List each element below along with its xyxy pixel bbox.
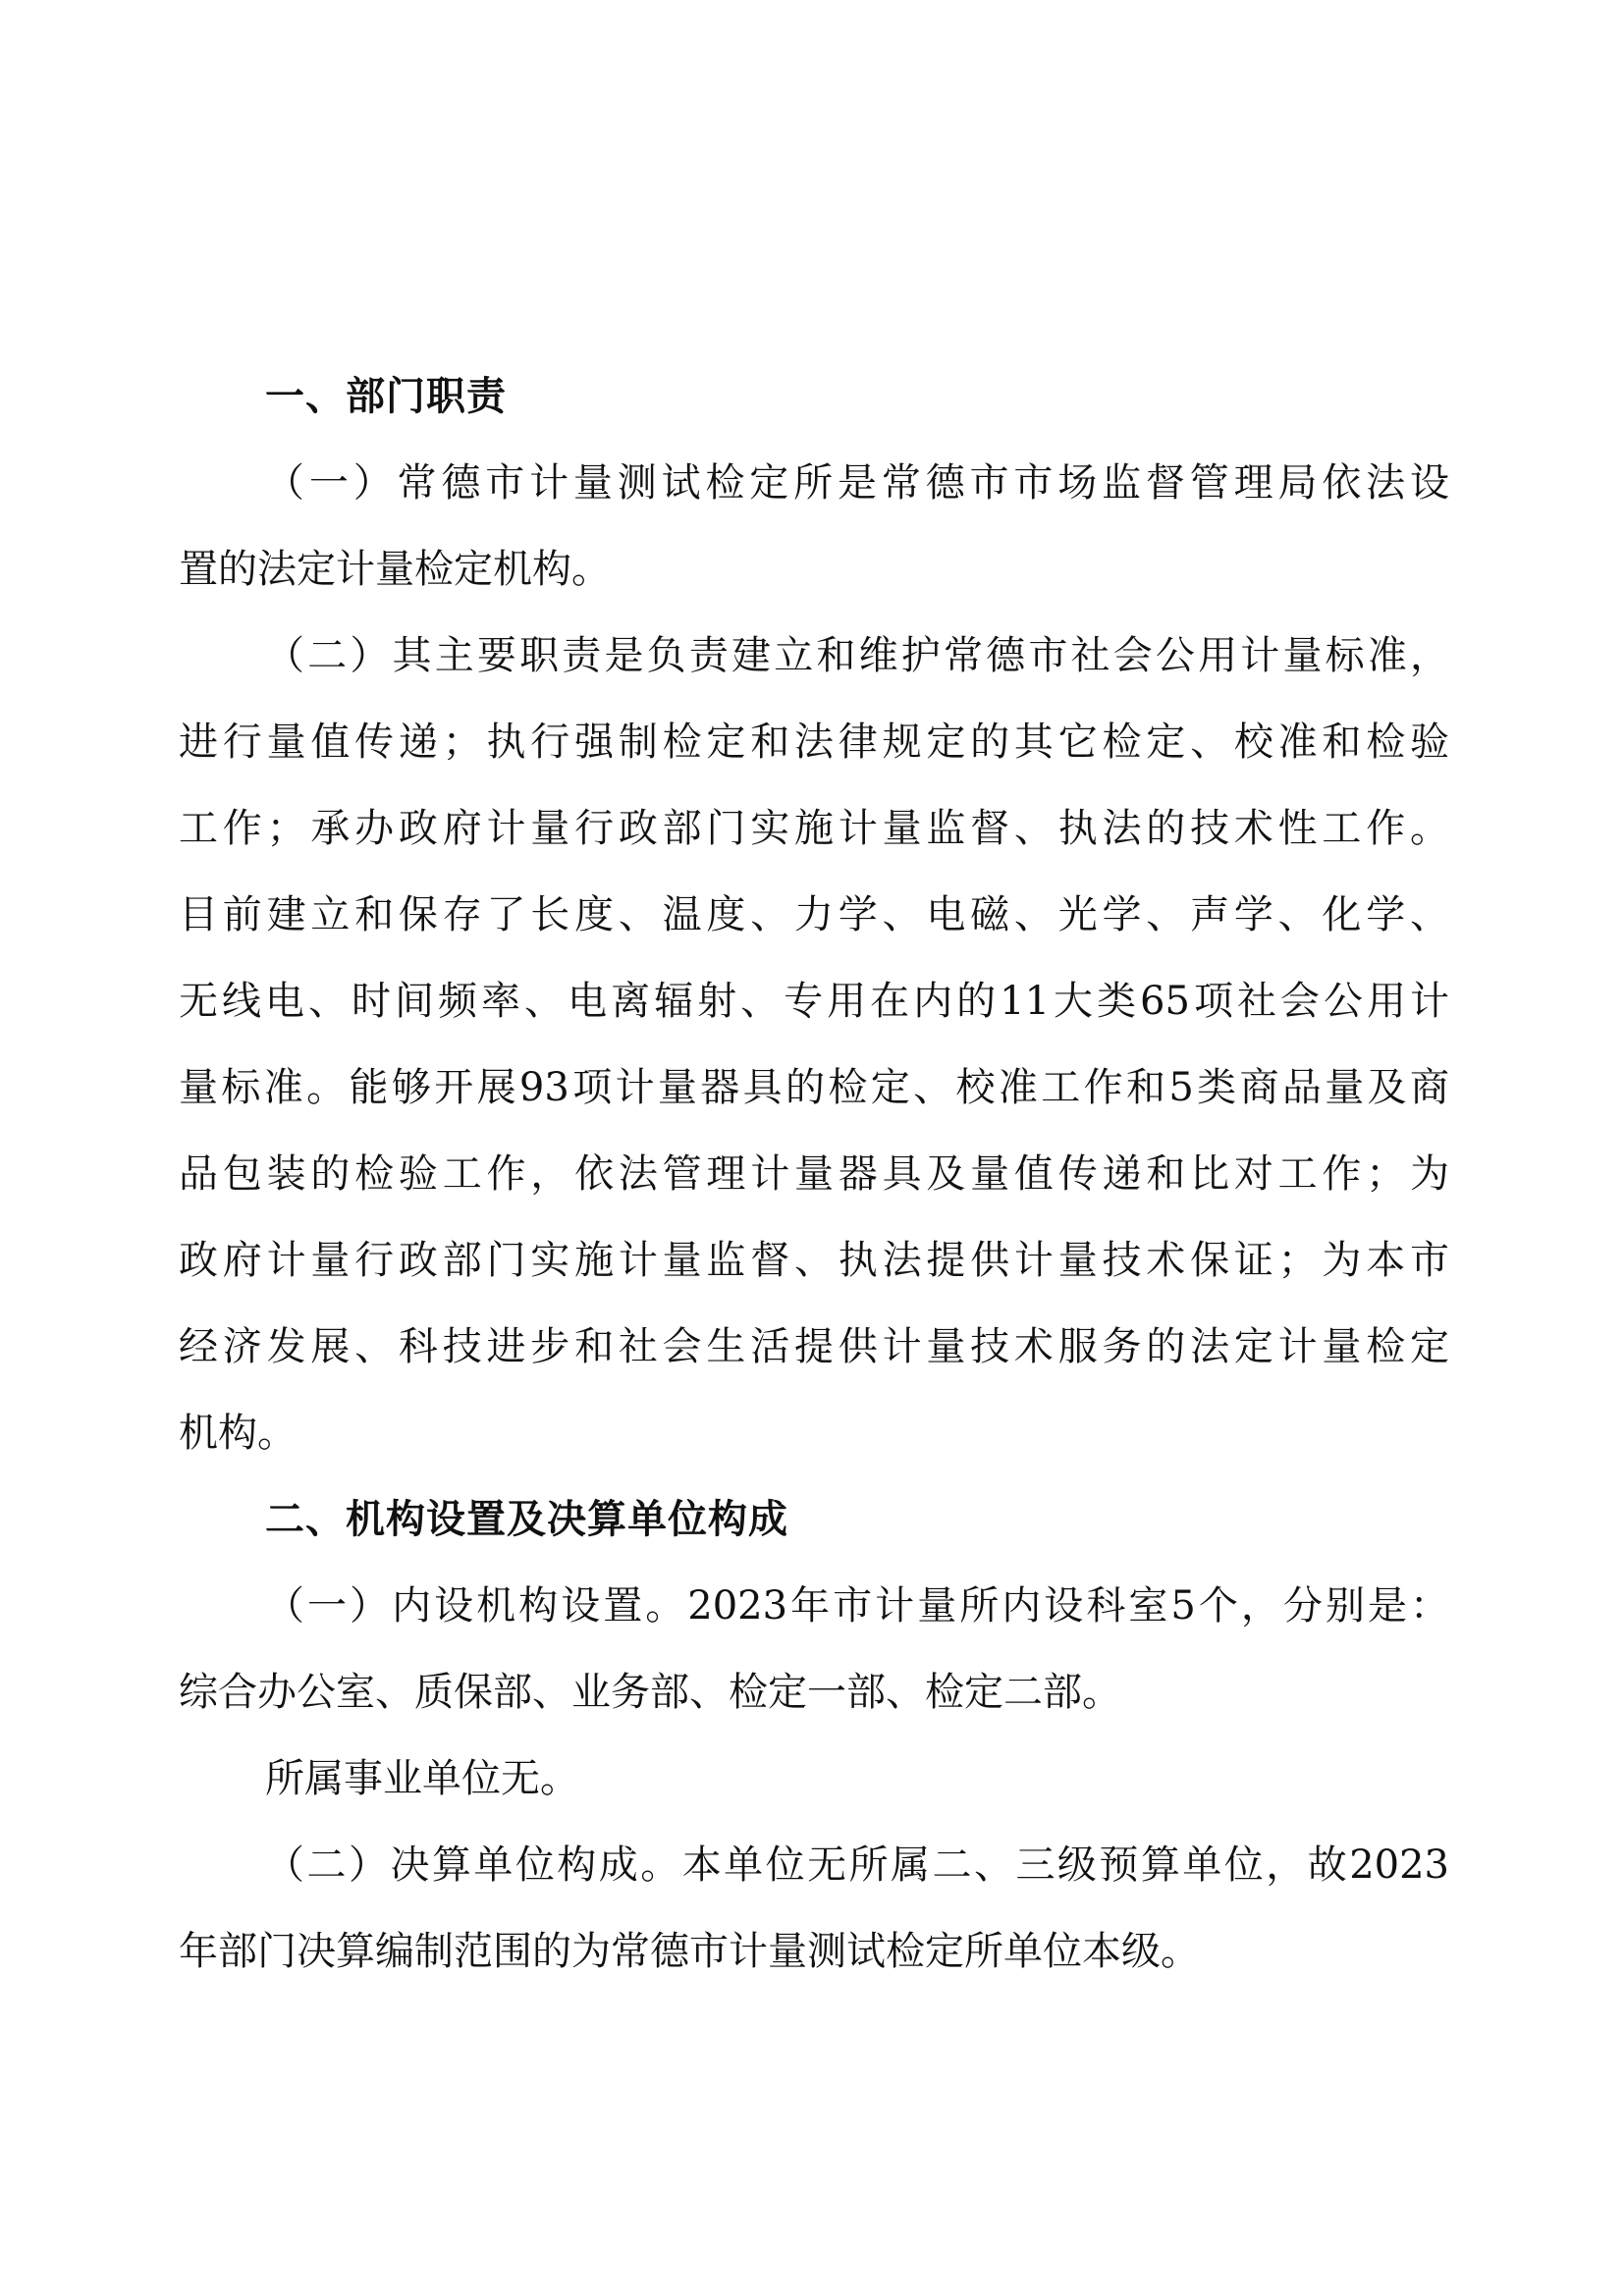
text-line: （一）内设机构设置。2023年市计量所内设科室5个，分别是： <box>179 1563 1449 1649</box>
paragraph-1-1: （一）常德市计量测试检定所是常德市市场监督管理局依法设 置的法定计量检定机构。 <box>179 440 1449 613</box>
section-organization-structure: 二、机构设置及决算单位构成 （一）内设机构设置。2023年市计量所内设科室5个，… <box>179 1476 1449 1995</box>
text-line: 工作；承办政府计量行政部门实施计量监督、执法的技术性工作。 <box>179 785 1449 872</box>
text-line: （一）常德市计量测试检定所是常德市市场监督管理局依法设 <box>179 440 1449 526</box>
text-line: 进行量值传递；执行强制检定和法律规定的其它检定、校准和检验 <box>179 699 1449 785</box>
text-line: 政府计量行政部门实施计量监督、执法提供计量技术保证；为本市 <box>179 1217 1449 1304</box>
text-line: 年部门决算编制范围的为常德市计量测试检定所单位本级。 <box>179 1908 1449 1995</box>
section-heading: 一、部门职责 <box>179 353 1449 440</box>
text-line: （二）其主要职责是负责建立和维护常德市社会公用计量标准， <box>179 613 1449 699</box>
text-line: 综合办公室、质保部、业务部、检定一部、检定二部。 <box>179 1649 1449 1735</box>
text-line: 经济发展、科技进步和社会生活提供计量技术服务的法定计量检定 <box>179 1304 1449 1390</box>
text-line: 所属事业单位无。 <box>179 1735 1449 1822</box>
text-line: 量标准。能够开展93项计量器具的检定、校准工作和5类商品量及商 <box>179 1044 1449 1131</box>
text-line: 机构。 <box>179 1390 1449 1476</box>
paragraph-1-2: （二）其主要职责是负责建立和维护常德市社会公用计量标准， 进行量值传递；执行强制… <box>179 613 1449 1476</box>
section-department-duties: 一、部门职责 （一）常德市计量测试检定所是常德市市场监督管理局依法设 置的法定计… <box>179 353 1449 1476</box>
text-line: 无线电、时间频率、电离辐射、专用在内的11大类65项社会公用计 <box>179 958 1449 1044</box>
paragraph-2-1: （一）内设机构设置。2023年市计量所内设科室5个，分别是： 综合办公室、质保部… <box>179 1563 1449 1735</box>
text-line: 置的法定计量检定机构。 <box>179 526 1449 613</box>
paragraph-2-3: （二）决算单位构成。本单位无所属二、三级预算单位，故2023 年部门决算编制范围… <box>179 1822 1449 1995</box>
document-page: 一、部门职责 （一）常德市计量测试检定所是常德市市场监督管理局依法设 置的法定计… <box>179 353 1449 1995</box>
text-line: （二）决算单位构成。本单位无所属二、三级预算单位，故2023 <box>179 1822 1449 1908</box>
text-line: 品包装的检验工作，依法管理计量器具及量值传递和比对工作；为 <box>179 1131 1449 1217</box>
text-line: 目前建立和保存了长度、温度、力学、电磁、光学、声学、化学、 <box>179 872 1449 958</box>
paragraph-2-2: 所属事业单位无。 <box>179 1735 1449 1822</box>
section-heading: 二、机构设置及决算单位构成 <box>179 1476 1449 1563</box>
